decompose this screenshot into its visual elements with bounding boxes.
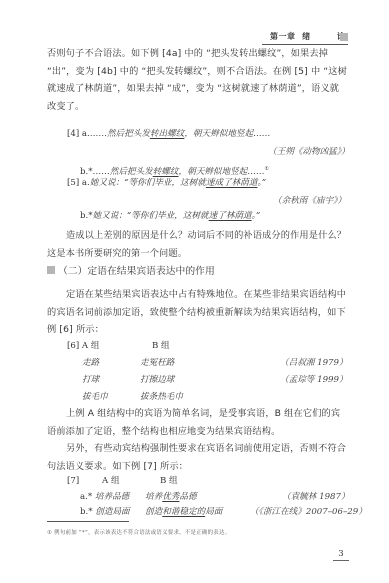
example-label: [6]	[67, 341, 79, 351]
underlined-phrase: 转螺纹	[153, 167, 179, 177]
example-6-row-1-b: 走冤枉路	[140, 357, 174, 369]
page-number: 3	[333, 549, 349, 561]
example-5a: [5] a.她又说：“等你们毕业，这树就速成了林荫道。”	[67, 177, 266, 189]
example-7-label: [7]	[67, 475, 79, 487]
example-4a-source: （王朔《动物凶猛》）	[268, 146, 350, 158]
running-head: 第一章 绪 论	[262, 31, 348, 45]
underlined-phrase: 速成了林荫道	[206, 178, 258, 188]
footnote: ① 例句前加 “*”，表示该表达不符合语法或语义要求，不是正确的表达。	[47, 528, 230, 536]
example-label: [5] a.	[67, 178, 90, 188]
example-label: b.*	[80, 507, 93, 517]
example-7b: b.* 创造局面	[80, 506, 130, 518]
example-label: [4] a.	[67, 129, 90, 139]
example-6-row-1-source: （吕叔湘 1979）	[280, 357, 348, 369]
section-heading: （二）定语在结果宾语表达中的作用	[47, 265, 215, 279]
underlined-phrase: 和谐稳定的	[162, 507, 205, 517]
example-label: b.*	[80, 211, 93, 221]
example-7a-source: （袁毓林 1987）	[282, 491, 350, 503]
example-6-row-3-a: 拔毛巾	[82, 391, 108, 403]
book-page: 第一章 绪 论 否则句子不合语法。如下例 [4a] 中的 “把头发转出螺纹”，如…	[0, 0, 389, 583]
example-5b: b.*她又说：“等你们毕业，这树就速了林荫道。”	[80, 210, 260, 222]
underlined-phrase: 速了林荫道	[209, 211, 252, 221]
example-7b-b: 创造和谐稳定的局面	[145, 506, 222, 518]
example-6-row-2-b: 打擦边球	[140, 374, 174, 386]
example-7b-source: （《浙江在线》2007–06–29）	[250, 506, 367, 518]
example-label: a.*	[80, 492, 92, 502]
example-6-row-2-source: （孟琮等 1999）	[280, 374, 348, 386]
column-a-header: A 组	[82, 341, 100, 351]
example-4a: [4] a.……然后把头发转出螺纹，朝天辫似地竖起……	[67, 128, 270, 140]
underlined-phrase: 转出螺纹	[150, 129, 184, 139]
section-marker-square	[47, 266, 55, 274]
example-6-row-2-a: 打球	[82, 374, 99, 386]
example-4b: b.*……然后把头发转螺纹，朝天辫似地竖起……①	[80, 163, 269, 178]
body-paragraph-2: 造成以上差别的原因是什么？动词后不同的补语成分的作用是什么？这是本书所要研究的第…	[47, 227, 347, 262]
chapter-title: 第一章 绪 论	[270, 31, 345, 42]
body-paragraph-4: 上例 A 组结构中的宾语为简单名词，是受事宾语，B 组在它们的宾语前添加了定语，…	[47, 405, 347, 440]
footnote-marker: ①	[264, 166, 268, 172]
chapter-marker-square	[340, 33, 348, 41]
example-6-row-1-a: 走路	[82, 357, 99, 369]
footnote-divider	[47, 521, 129, 522]
column-b-header: B 组	[160, 475, 178, 487]
example-5a-source: （余秋雨《庙宇》）	[273, 195, 346, 207]
body-paragraph-3: 定语在某些结果宾语表达中占有特殊地位。在某些非结果宾语结构中的宾语名词前添加定语…	[47, 286, 347, 339]
example-label: b.*	[80, 167, 93, 177]
underlined-phrase: 优秀	[162, 492, 179, 502]
column-a-header: A 组	[102, 475, 120, 487]
column-b-header: B 组	[152, 340, 170, 352]
example-6-header: [6] A 组	[67, 340, 99, 352]
example-7a-b: 培养优秀品德	[145, 491, 197, 503]
example-7a: a.* 培养品德	[80, 491, 129, 503]
example-6-row-3-b: 拔条热毛巾	[140, 391, 183, 403]
body-paragraph-1: 否则句子不合语法。如下例 [4a] 中的 “把头发转出螺纹”，如果去掉 “出”，…	[47, 45, 347, 115]
body-paragraph-5: 另外，有些动宾结构强制性要求在宾语名词前使用定语，否则不符合句法语义要求。如下例…	[47, 440, 347, 475]
